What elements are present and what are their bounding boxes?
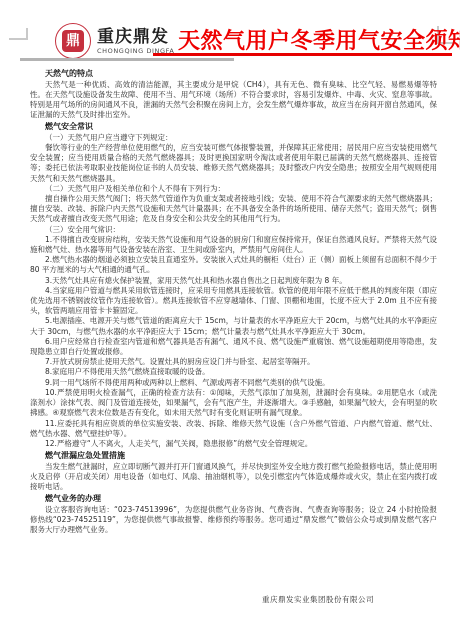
subheading-rule-2: （二）天然气用户及相关单位和个人不得有下列行为： bbox=[30, 184, 437, 194]
company-signature: 重庆鼎发实业集团股份有限公司 bbox=[262, 594, 374, 605]
section-heading-characteristics: 天然气的特点 bbox=[30, 69, 437, 80]
list-item-9: 9.同一用气场所不得使用两种或两种以上燃料、气源或两者不同燃气类别的供气设施。 bbox=[30, 378, 437, 388]
section-heading-safety-knowledge: 燃气安全常识 bbox=[30, 122, 437, 133]
emblem-character: 鼎 bbox=[66, 34, 80, 48]
brand-name-cn: 重庆鼎发 bbox=[97, 28, 174, 47]
red-divider bbox=[153, 53, 452, 56]
dingfa-seal-icon: 鼎 bbox=[62, 30, 84, 52]
paragraph: 擅自操作公用天然气阀门；将天然气管道作为负重支架或者接地引线；安装、使用不符合气… bbox=[30, 194, 437, 225]
section-heading-leak-emergency: 燃气泄漏应急处置措施 bbox=[30, 451, 437, 462]
document-body: 天然气的特点 天然气是一种优质、高效的清洁能源，其主要成分是甲烷（CH4），具有… bbox=[30, 67, 437, 535]
brand-block: 重庆鼎发 CHONGQING DINGFA bbox=[97, 28, 174, 55]
paragraph: 天然气是一种优质、高效的清洁能源，其主要成分是甲烷（CH4），具有无色、微有臭味… bbox=[30, 80, 437, 121]
list-item-7: 7.开放式厨房禁止使用天然气。设置灶具的厨房应设门并与卧室、起居室等隔开。 bbox=[30, 357, 437, 367]
paragraph: 当发生燃气泄漏时，应立即切断气源并打开门窗通风换气，并尽快到室外安全地方拨打燃气… bbox=[30, 462, 437, 493]
list-item-3: 3.天然气灶具应有熄火保护装置，家用天然气灶具和热水器自售出之日起判废年限为 8… bbox=[30, 276, 437, 286]
list-item-8: 8.家庭用户不得使用天然气燃烧直接取暖的设备。 bbox=[30, 367, 437, 377]
section-heading-business-handling: 燃气业务的办理 bbox=[30, 494, 437, 505]
list-item-12: 12.严格遵守“人不离火，人走关气，漏气关阀，隐患报修”的燃气安全管理规定。 bbox=[30, 439, 437, 449]
list-item-6: 6.用户应经常自行检查室内管道和燃气器具是否有漏气、通风不良、燃气设施严重腐蚀、… bbox=[30, 337, 437, 357]
dingfa-emblem-icon: 鼎 bbox=[55, 23, 91, 59]
page-title: 天然气用户冬季用气安全须知 bbox=[178, 24, 460, 55]
list-item-1: 1.不得擅自改变厨房结构，安装天然气设施和用气设备的厨房门和窗应保持常开，保证自… bbox=[30, 235, 437, 255]
list-item-5: 5.电源插座、电源开关与燃气管道的距离应大于 15cm，与计量表的水平净距应大于… bbox=[30, 316, 437, 336]
list-item-11: 11.应委托具有相应资质的单位实施安装、改装、拆除、维修天然气设施（含户外燃气管… bbox=[30, 419, 437, 439]
subheading-rule-3: （三）安全用气常识： bbox=[30, 225, 437, 235]
subheading-rule-1: （一）天然气用户应当遵守下列规定： bbox=[30, 133, 437, 143]
paragraph: 餐饮等行业的生产经营单位使用燃气的，应当安装可燃气体报警装置，并保障其正常使用；… bbox=[30, 143, 437, 184]
gray-divider bbox=[20, 58, 234, 61]
crop-mark-top-left bbox=[9, 28, 28, 40]
list-item-4: 4.当家庭用户管道与燃具采用软管连接时，应采用专用燃具连接软管。软管的使用年限不… bbox=[30, 286, 437, 317]
paragraph: 设立客服咨询电话：“023-74513996”，为您提供燃气业务咨询、气费咨询、… bbox=[30, 505, 437, 536]
list-item-2: 2.燃气热水器的烟道必须独立安装且直通室外。安装嵌入式灶具的橱柜（灶台）正（侧）… bbox=[30, 255, 437, 275]
list-item-10: 10.严禁使用明火检查漏气，正确的检查方法有：①闻味，天然气添加了加臭剂，泄漏时… bbox=[30, 388, 437, 419]
document-page: 鼎 重庆鼎发 CHONGQING DINGFA 天然气用户冬季用气安全须知 天然… bbox=[0, 0, 460, 643]
